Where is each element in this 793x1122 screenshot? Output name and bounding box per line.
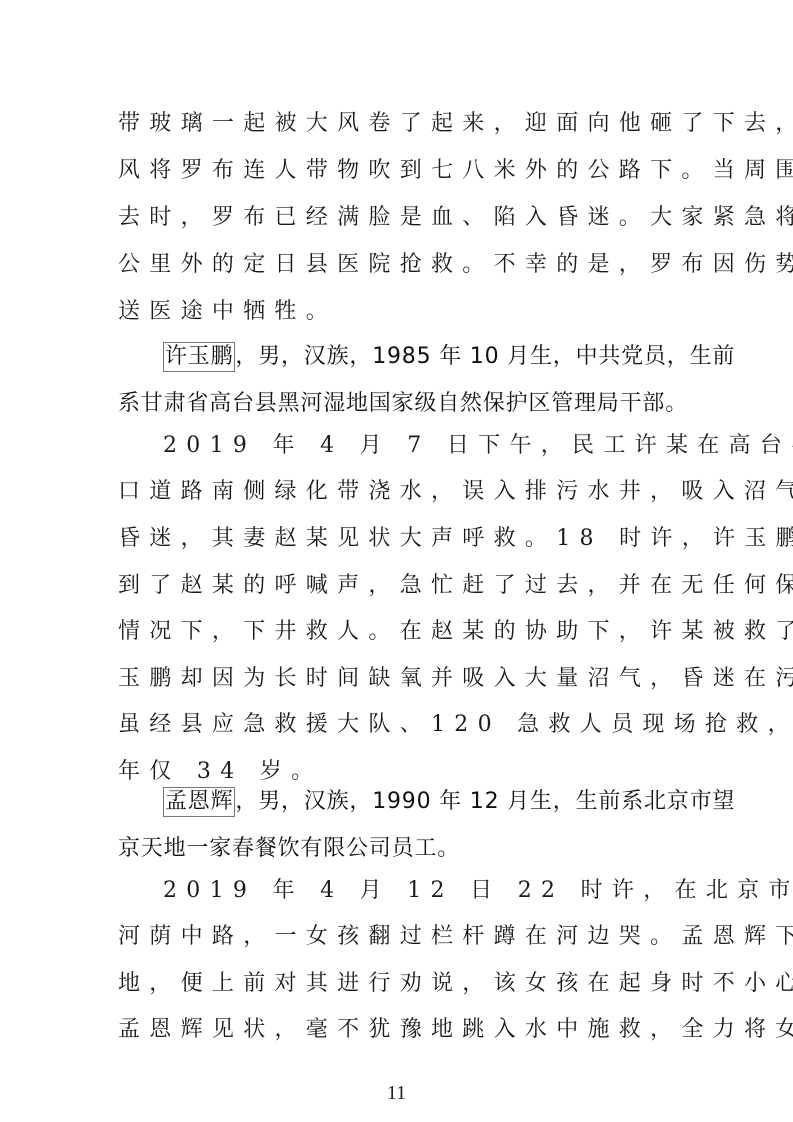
paragraph-line: 送医途中牺牲。 [118,296,678,328]
paragraph-line: 玉鹏却因为长时间缺氧并吸入大量沼气，昏迷在污水井内。 [118,663,678,695]
paragraph-line: 风将罗布连人带物吹到七八米外的公路下。当周围的人赶过 [118,155,678,187]
paragraph-line: 公里外的定日县医院抢救。不幸的是，罗布因伤势过重，在 [118,249,678,281]
paragraph-line: 带玻璃一起被大风卷了起来，迎面向他砸了下去，肆虐的狂 [118,108,678,140]
paragraph-line: 到了赵某的呼喊声，急忙赶了过去，并在无任何保护设备的 [118,570,678,602]
entry-header-text: ，男，汉族，1990 年 12 月生，生前系北京市望 [235,789,735,814]
paragraph-line: 2019 年 4 月 12 日 22 时许，在北京市朝阳区广顺北大街 [163,875,678,907]
paragraph-line: 孟恩辉见状，毫不犹豫地跳入水中施救，全力将女孩推向岸 [118,1014,678,1046]
paragraph-line: 地，便上前对其进行劝说，该女孩在起身时不小心滑落水中。 [118,968,678,1000]
entry-header: 孟恩辉，男，汉族，1990 年 12 月生，生前系北京市望 [163,785,723,819]
entry-header: 许玉鹏，男，汉族，1985 年 10 月生，中共党员，生前 [163,340,723,374]
paragraph-line: 2019 年 4 月 7 日下午，民工许某在高台县大湖湾景区出 [163,430,678,462]
person-name: 孟恩辉 [163,787,235,817]
paragraph-line: 去时，罗布已经满脸是血、陷入昏迷。大家紧急将他送往 85 [118,202,678,234]
entry-header-text: ，男，汉族，1985 年 10 月生，中共党员，生前 [235,344,735,369]
page-number: 11 [0,1082,793,1105]
entry-header-line: 系甘肃省高台县黑河湿地国家级自然保护区管理局干部。 [118,387,678,421]
paragraph-line: 昏迷，其妻赵某见状大声呼救。18 时许，许玉鹏开车路过听 [118,523,678,555]
document-page: 带玻璃一起被大风卷了起来，迎面向他砸了下去，肆虐的狂 风将罗布连人带物吹到七八米… [0,0,793,1122]
person-name: 许玉鹏 [163,342,235,372]
paragraph-line: 河荫中路，一女孩翻过栏杆蹲在河边哭。孟恩辉下班途经此 [118,921,678,953]
entry-header-line: 京天地一家春餐饮有限公司员工。 [118,832,678,866]
paragraph-line: 口道路南侧绿化带浇水，误入排污水井，吸入沼气导致当场 [118,476,678,508]
paragraph-line: 情况下，下井救人。在赵某的协助下，许某被救了上来，许 [118,616,678,648]
paragraph-line: 年仅 34 岁。 [118,756,678,788]
paragraph-line: 虽经县应急救援大队、120 急救人员现场抢救，仍不幸牺牲， [118,709,678,741]
